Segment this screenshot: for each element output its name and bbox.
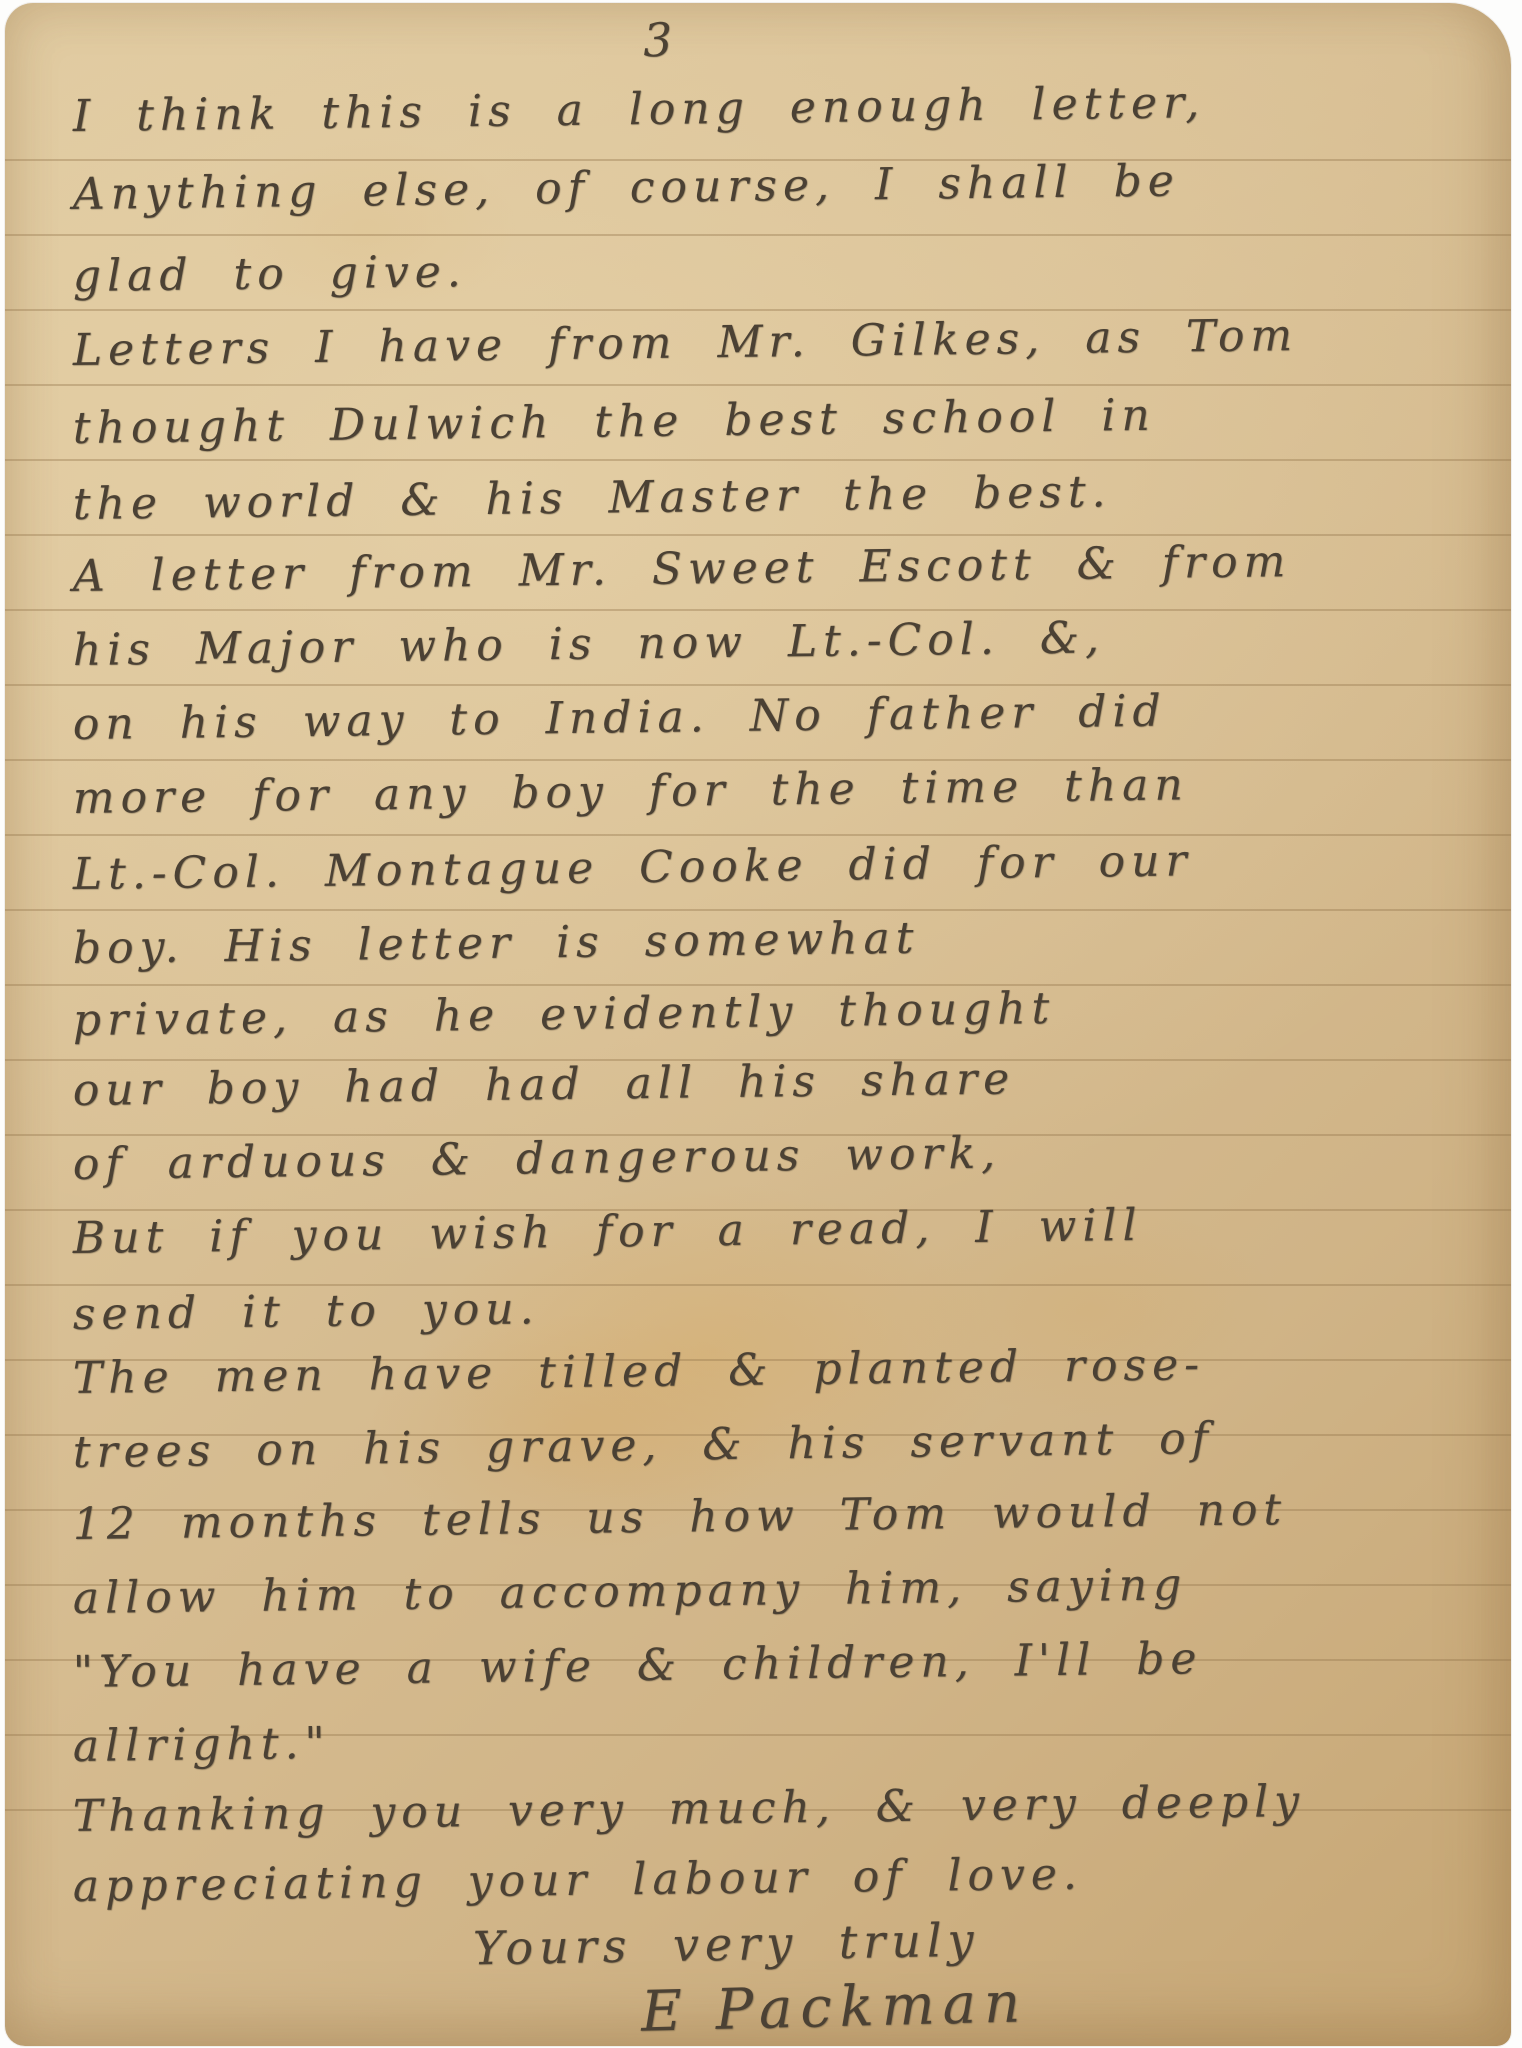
handwritten-line: "You have a wife & children, I'll be [73, 1630, 1472, 1719]
scanned-letter: 3 I think this is a long enough letter, … [0, 0, 1522, 2048]
handwritten-line: But if you wish for a read, I will [73, 1196, 1472, 1285]
handwritten-line: Lt.-Col. Montague Cooke did for our [73, 832, 1472, 921]
signature: E Packman [640, 1970, 1029, 2044]
handwritten-line: Anything else, of course, I shall be [73, 152, 1472, 241]
handwritten-line: thought Dulwich the best school in [73, 386, 1472, 475]
letter-page: 3 I think this is a long enough letter, … [5, 3, 1511, 2046]
handwritten-line: Letters I have from Mr. Gilkes, as Tom [73, 308, 1472, 397]
handwritten-line: boy. His letter is somewhat [73, 913, 920, 995]
handwritten-line: glad to give. [73, 246, 468, 323]
handwritten-line: I think this is a long enough letter, [73, 74, 1472, 163]
page-number: 3 [642, 13, 673, 68]
handwritten-line: more for any boy for the time than [73, 756, 1472, 845]
closing: Yours very truly [473, 1913, 980, 1976]
handwritten-line: allright." [73, 1718, 332, 1793]
